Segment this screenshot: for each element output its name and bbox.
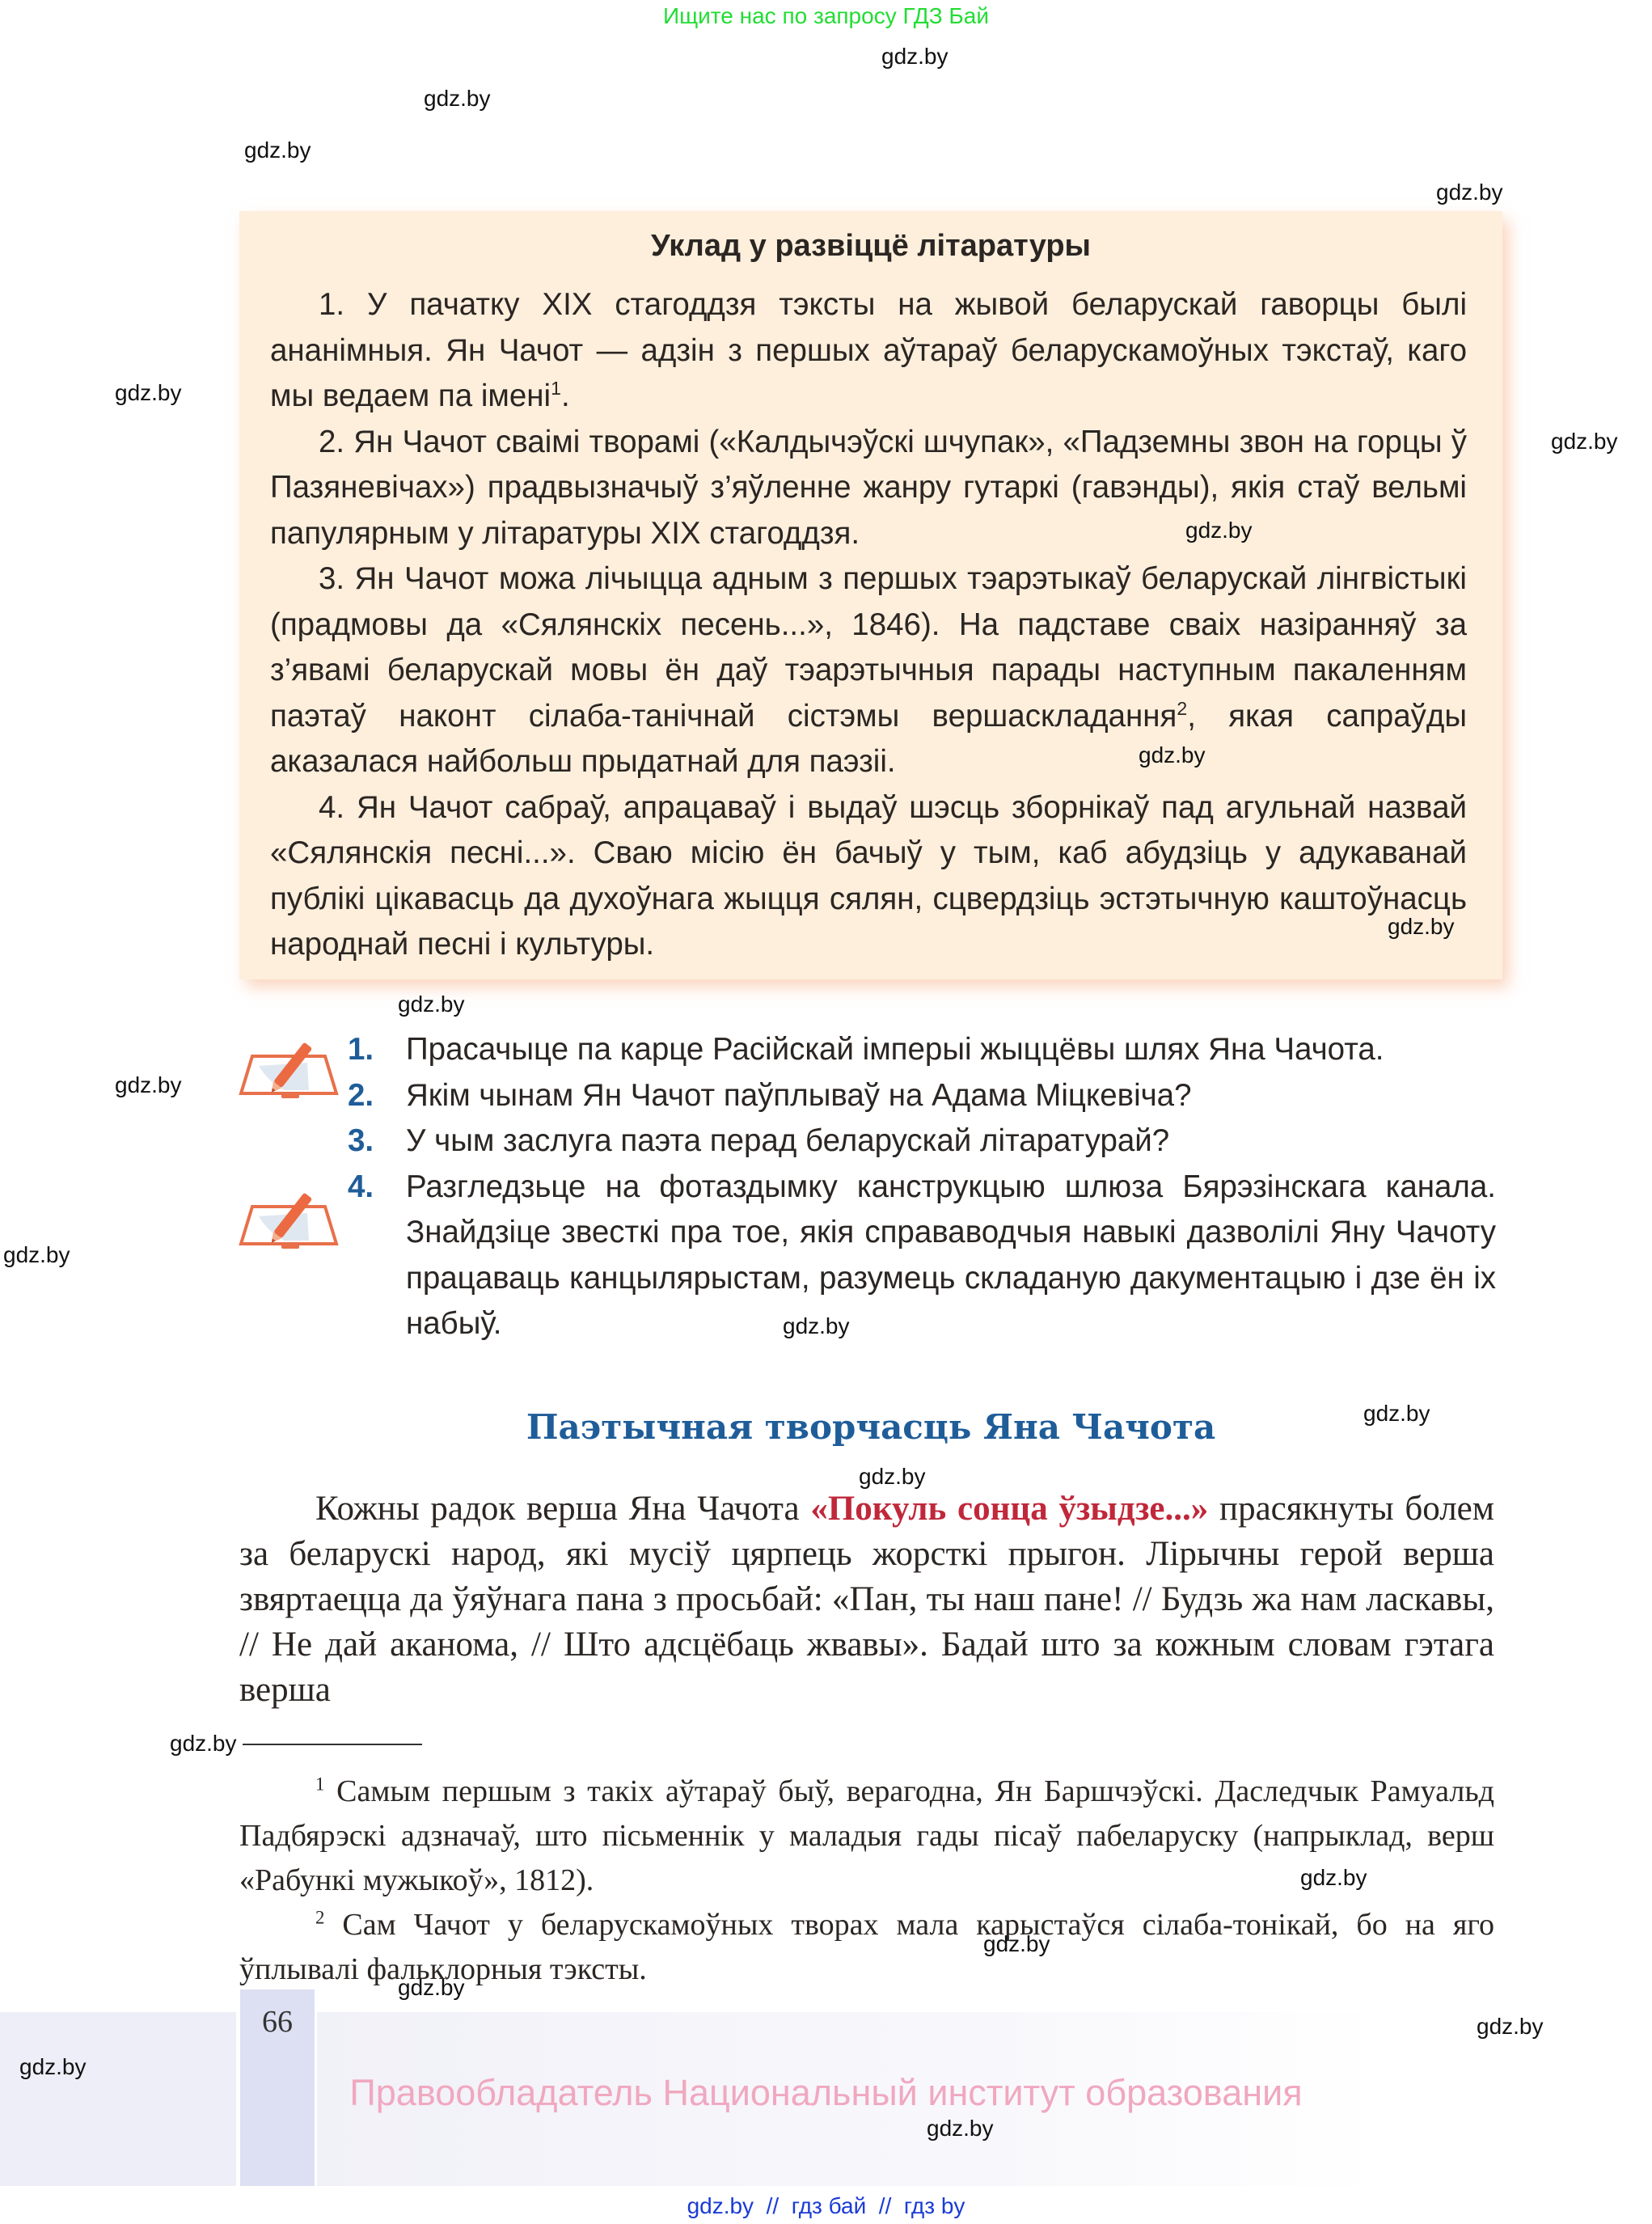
question-item: 1. Прасачыце па карце Расійскай імперыі …: [348, 1027, 1496, 1073]
watermark: gdz.by: [115, 380, 182, 406]
watermark: gdz.by: [983, 1931, 1050, 1957]
watermark: gdz.by: [1388, 914, 1455, 940]
watermark: gdz.by: [1185, 518, 1253, 543]
contribution-info-box: Уклад у развіццё літаратуры 1. У пачатку…: [239, 211, 1502, 979]
watermark: gdz.by: [1551, 429, 1618, 455]
watermark: gdz.by: [424, 86, 491, 112]
watermark: gdz.by: [1300, 1865, 1367, 1891]
watermark: gdz.by: [1477, 2014, 1544, 2040]
watermark: gdz.by: [859, 1464, 926, 1490]
question-item: 3. У чым заслуга паэта перад беларускай …: [348, 1118, 1496, 1165]
poem-title: «Покуль сонца ўзыдзе...»: [810, 1490, 1208, 1528]
questions-list: 1. Прасачыце па карце Расійскай імперыі …: [348, 1027, 1496, 1347]
section-body: Кожны радок верша Яна Чачота «Покуль сон…: [239, 1486, 1494, 1713]
watermark: gdz.by: [170, 1731, 237, 1757]
watermark: gdz.by: [1139, 742, 1206, 768]
notebook-pencil-icon: [236, 1034, 341, 1106]
watermark: gdz.by: [927, 2116, 994, 2142]
watermark: gdz.by: [3, 1242, 70, 1268]
watermark: gdz.by: [881, 44, 949, 70]
watermark: gdz.by: [1363, 1401, 1430, 1427]
watermark: gdz.by: [115, 1072, 182, 1098]
watermark: gdz.by: [19, 2054, 87, 2080]
question-item: 4. Разгледзьце на фотаздымку канструкцыю…: [348, 1165, 1496, 1347]
question-item: 2. Якім чынам Ян Чачот паўплываў на Адам…: [348, 1073, 1496, 1119]
footnote-divider: [243, 1744, 422, 1745]
watermark: gdz.by: [244, 137, 311, 163]
info-paragraph: 2. Ян Чачот сваімі творамі («Калдычэўскі…: [270, 420, 1467, 557]
watermark: gdz.by: [398, 991, 465, 1017]
info-box-title: Уклад у развіццё літаратуры: [239, 229, 1502, 264]
watermark: gdz.by: [398, 1975, 465, 2001]
info-paragraph: 3. Ян Чачот можа лічыцца адным з першых …: [270, 556, 1467, 785]
footnote-ref[interactable]: 2: [1177, 698, 1187, 719]
page-number: 66: [240, 2004, 315, 2040]
copyright-notice: Правообладатель Национальный институт об…: [0, 2072, 1652, 2114]
section-heading: Паэтычная творчасць Яна Чачота: [239, 1407, 1502, 1447]
watermark: gdz.by: [783, 1313, 850, 1339]
footnote-ref[interactable]: 1: [551, 378, 561, 399]
notebook-pencil-icon: [236, 1184, 341, 1257]
watermark: gdz.by: [1436, 180, 1503, 205]
info-box-body: 1. У пачатку XIX стагоддзя тэксты на жыв…: [270, 282, 1467, 968]
info-paragraph: 4. Ян Чачот сабраў, апрацаваў і выдаў шэ…: [270, 785, 1467, 968]
search-banner[interactable]: Ищите нас по запросу ГДЗ Бай: [0, 3, 1652, 29]
footer-links[interactable]: gdz.by // гдз бай // гдз by: [0, 2193, 1652, 2219]
info-paragraph: 1. У пачатку XIX стагоддзя тэксты на жыв…: [270, 282, 1467, 420]
